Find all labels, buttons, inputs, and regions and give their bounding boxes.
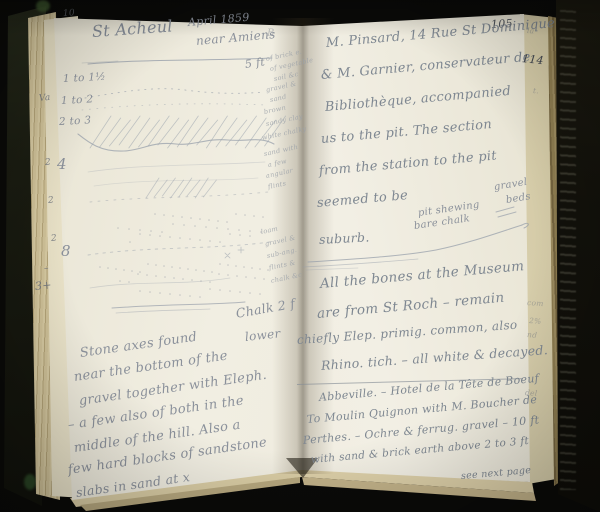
- scale-label: 5 ft: [244, 55, 266, 71]
- hatch-lines: [90, 116, 286, 198]
- depth-mark: 1 to 2: [61, 93, 94, 107]
- depth-mark: 8: [61, 242, 71, 260]
- depth-mark: 2 to 3: [59, 114, 92, 128]
- next-page-number: 114: [521, 52, 544, 67]
- right-cover-texture: [560, 8, 576, 490]
- geological-section-sketch: [60, 50, 305, 320]
- speck-dots: [99, 213, 269, 298]
- corner-mark: 10: [63, 8, 76, 19]
- cover-glint-top: [36, 0, 50, 12]
- open-notebook-photo: 10 St Acheul April 1859 near Amiens B 5 …: [0, 0, 600, 512]
- depth-mark: 4: [57, 155, 67, 173]
- note-line: suburb.: [319, 229, 370, 247]
- cover-glint-bottom: [24, 474, 36, 490]
- depth-mark: 1 to 1½: [63, 71, 106, 85]
- corner-initial: B: [267, 28, 275, 39]
